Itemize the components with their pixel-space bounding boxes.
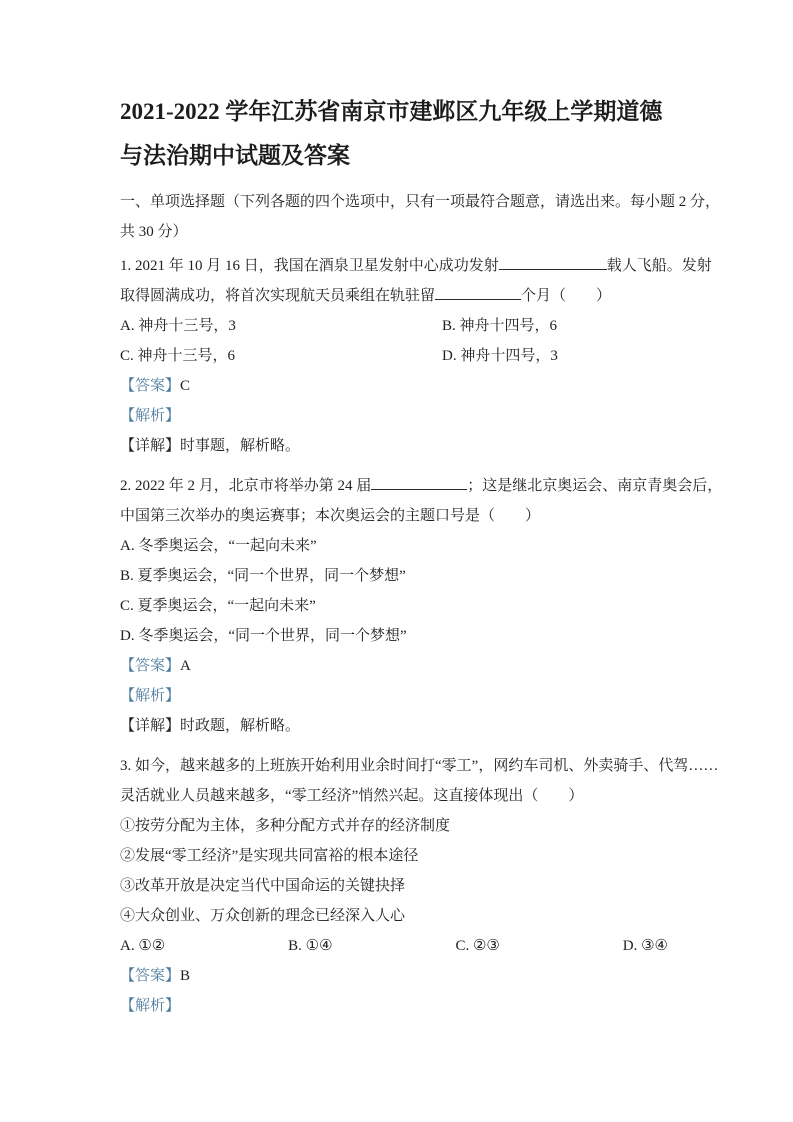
question-1-options: A. 神舟十三号，3 B. 神舟十四号，6 C. 神舟十三号，6 D. 神舟十四… <box>120 311 683 371</box>
question-1-stem-text-2: 载人飞船。发射 <box>607 258 712 274</box>
question-1-option-b: B. 神舟十四号，6 <box>442 311 683 341</box>
question-3-option-c: C. ②③ <box>455 931 499 961</box>
question-2-option-b: B. 夏季奥运会，“同一个世界，同一个梦想” <box>120 561 683 591</box>
section-header-line1: 一、单项选择题（下列各题的四个选项中，只有一项最符合题意，请选出来。每小题 2 … <box>120 187 683 217</box>
question-2-stem-line2: 中国第三次举办的奥运赛事；本次奥运会的主题口号是（ ） <box>120 501 683 531</box>
question-1-option-a: A. 神舟十三号，3 <box>120 311 442 341</box>
question-2-detail-line: 【详解】时政题，解析略。 <box>120 711 683 741</box>
analysis-label: 【解析】 <box>120 998 180 1014</box>
question-2-detail-text: 时政题，解析略。 <box>180 718 300 734</box>
question-3-statements: ①按劳分配为主体，多种分配方式并存的经济制度 ②发展“零工经济”是实现共同富裕的… <box>120 811 683 931</box>
question-3-answer-value: B <box>180 968 190 984</box>
question-2-options: A. 冬季奥运会，“一起向未来” B. 夏季奥运会，“同一个世界，同一个梦想” … <box>120 531 683 651</box>
question-1-answer-value: C <box>180 378 190 394</box>
question-2-answer-value: A <box>180 658 191 674</box>
statement-item-4: ④大众创业、万众创新的理念已经深入人心 <box>120 901 683 931</box>
question-1-detail-line: 【详解】时事题，解析略。 <box>120 431 683 461</box>
analysis-label: 【解析】 <box>120 408 180 424</box>
answer-label: 【答案】 <box>120 658 180 674</box>
blank-underline <box>499 255 607 270</box>
question-1-option-c: C. 神舟十三号，6 <box>120 341 442 371</box>
question-2-stem-line1: 2. 2022 年 2 月，北京市将举办第 24 届；这是继北京奥运会、南京青奥… <box>120 471 683 501</box>
question-2-stem-text-2: ；这是继北京奥运会、南京青奥会后， <box>467 478 722 494</box>
question-1-analysis-line: 【解析】 <box>120 401 683 431</box>
question-2-option-c: C. 夏季奥运会，“一起向未来” <box>120 591 683 621</box>
question-3-option-a: A. ①② <box>120 931 165 961</box>
blank-underline <box>435 285 521 300</box>
question-2-stem-text-1: 2. 2022 年 2 月，北京市将举办第 24 届 <box>120 478 371 494</box>
answer-label: 【答案】 <box>120 968 180 984</box>
question-3-stem-line2: 灵活就业人员越来越多，“零工经济”悄然兴起。这直接体现出（ ） <box>120 781 683 811</box>
statement-item-2: ②发展“零工经济”是实现共同富裕的根本途径 <box>120 841 683 871</box>
question-2-analysis-line: 【解析】 <box>120 681 683 711</box>
detail-label: 【详解】 <box>120 718 180 734</box>
question-3-option-d: D. ③④ <box>623 931 668 961</box>
question-1: 1. 2021 年 10 月 16 日，我国在酒泉卫星发射中心成功发射载人飞船。… <box>120 251 683 461</box>
question-2-option-d: D. 冬季奥运会，“同一个世界，同一个梦想” <box>120 621 683 651</box>
exam-document-page: 2021-2022 学年江苏省南京市建邺区九年级上学期道德与法治期中试题及答案 … <box>0 0 793 1122</box>
answer-label: 【答案】 <box>120 378 180 394</box>
question-3-options: A. ①② B. ①④ C. ②③ D. ③④ <box>120 931 668 961</box>
question-1-stem-text-3: 取得圆满成功，将首次实现航天员乘组在轨驻留 <box>120 288 435 304</box>
section-header-line2: 共 30 分） <box>120 217 683 247</box>
question-2-option-a: A. 冬季奥运会，“一起向未来” <box>120 531 683 561</box>
question-3-analysis-line: 【解析】 <box>120 991 683 1021</box>
analysis-label: 【解析】 <box>120 688 180 704</box>
blank-underline <box>371 475 467 490</box>
detail-label: 【详解】 <box>120 438 180 454</box>
question-2-answer-line: 【答案】A <box>120 651 683 681</box>
question-3-option-b: B. ①④ <box>288 931 332 961</box>
question-1-answer-line: 【答案】C <box>120 371 683 401</box>
question-1-stem-line2: 取得圆满成功，将首次实现航天员乘组在轨驻留个月（ ） <box>120 281 683 311</box>
question-3: 3. 如今，越来越多的上班族开始利用业余时间打“零工”，网约车司机、外卖骑手、代… <box>120 751 683 1021</box>
question-3-answer-line: 【答案】B <box>120 961 683 991</box>
question-1-option-d: D. 神舟十四号，3 <box>442 341 683 371</box>
statement-item-1: ①按劳分配为主体，多种分配方式并存的经济制度 <box>120 811 683 841</box>
question-1-stem-text-4: 个月（ ） <box>521 288 611 304</box>
question-1-detail-text: 时事题，解析略。 <box>180 438 300 454</box>
statement-item-3: ③改革开放是决定当代中国命运的关键抉择 <box>120 871 683 901</box>
question-1-stem-text-1: 1. 2021 年 10 月 16 日，我国在酒泉卫星发射中心成功发射 <box>120 258 499 274</box>
question-1-stem-line1: 1. 2021 年 10 月 16 日，我国在酒泉卫星发射中心成功发射载人飞船。… <box>120 251 683 281</box>
question-2: 2. 2022 年 2 月，北京市将举办第 24 届；这是继北京奥运会、南京青奥… <box>120 471 683 741</box>
question-3-stem-line1: 3. 如今，越来越多的上班族开始利用业余时间打“零工”，网约车司机、外卖骑手、代… <box>120 751 683 781</box>
page-title: 2021-2022 学年江苏省南京市建邺区九年级上学期道德与法治期中试题及答案 <box>120 90 683 178</box>
